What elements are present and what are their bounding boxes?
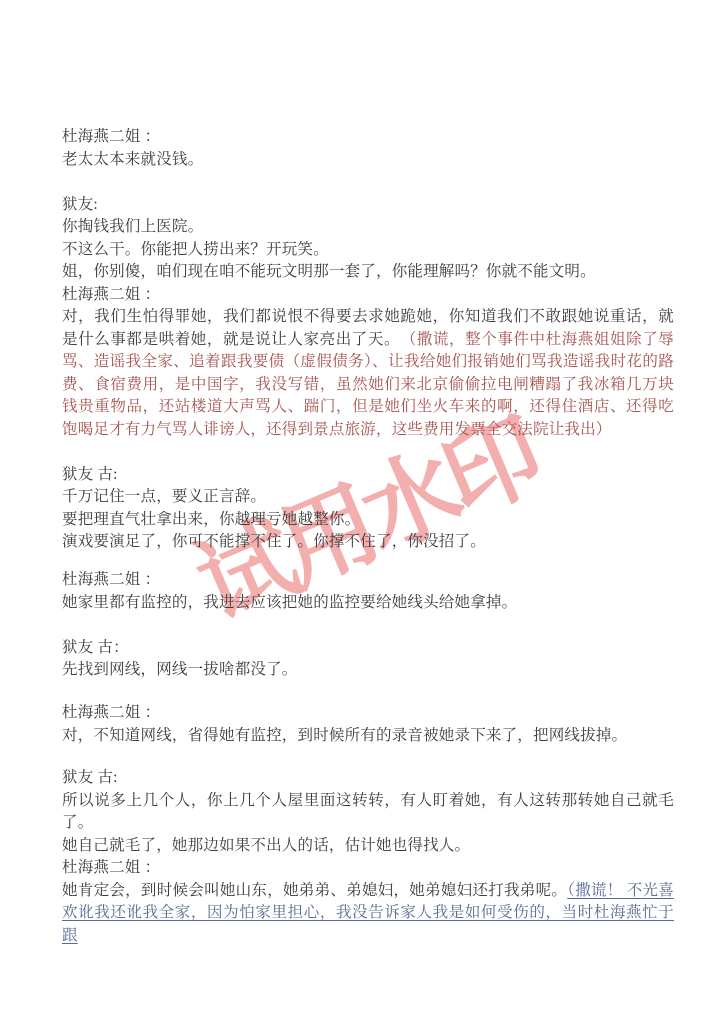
dialogue-line: 先找到网线，网线一拔啥都没了。	[62, 659, 674, 682]
dialogue-block: 狱友 古：先找到网线，网线一拔啥都没了。	[62, 637, 674, 682]
dialogue-text: 所以说多上几个人，你上几个人屋里面这转转，有人盯着她，有人这转那转她自己就毛了。	[62, 792, 674, 832]
dialogue-line: 不这么干。你能把人捞出来？开玩笑。	[62, 239, 674, 262]
speaker-label: 杜海燕二姐 ：	[62, 702, 674, 725]
dialogue-text: 对，不知道网线，省得她有监控，到时候所有的录音被她录下来了，把网线拔掉。	[62, 727, 627, 744]
dialogue-text: 她肯定会，到时候会叫她山东，她弟弟、弟媳妇，她弟媳妇还打我弟呢。	[62, 882, 567, 899]
speaker-label: 狱友:	[62, 194, 674, 217]
speaker-label: 杜海燕二姐 ：	[62, 126, 674, 149]
speaker-label: 杜海燕二姐 ：	[62, 857, 674, 880]
dialogue-line: 对，我们生怕得罪她，我们都说恨不得要去求她跪她，你知道我们不敢跟她说重话，就是什…	[62, 306, 674, 441]
dialogue-text: 你掏钱我们上医院。	[62, 218, 203, 235]
dialogue-line: 她自己就毛了，她那边如果不出人的话，估计她也得找人。	[62, 835, 674, 858]
dialogue-block: 狱友 古:所以说多上几个人，你上几个人屋里面这转转，有人盯着她，有人这转那转她自…	[62, 767, 674, 857]
dialogue-line: 对，不知道网线，省得她有监控，到时候所有的录音被她录下来了，把网线拔掉。	[62, 725, 674, 748]
dialogue-content: 杜海燕二姐 ：老太太本来就没钱。狱友:你掏钱我们上医院。不这么干。你能把人捞出来…	[62, 126, 674, 947]
document-page: 试用水印 杜海燕二姐 ：老太太本来就没钱。狱友:你掏钱我们上医院。不这么干。你能…	[0, 0, 724, 1024]
speaker-label: 狱友 古：	[62, 637, 674, 660]
dialogue-block: 杜海燕二姐 ：她肯定会，到时候会叫她山东，她弟弟、弟媳妇，她弟媳妇还打我弟呢。（…	[62, 857, 674, 947]
speaker-label: 狱友 古:	[62, 464, 674, 487]
dialogue-line: 姐，你别傻，咱们现在咱不能玩文明那一套了，你能理解吗？你就不能文明。	[62, 261, 674, 284]
dialogue-text: 她自己就毛了，她那边如果不出人的话，估计她也得找人。	[62, 837, 470, 854]
dialogue-line: 老太太本来就没钱。	[62, 149, 674, 172]
dialogue-text: 老太太本来就没钱。	[62, 151, 203, 168]
dialogue-block: 杜海燕二姐 ：老太太本来就没钱。	[62, 126, 674, 171]
dialogue-block: 杜海燕二姐 ：对，不知道网线，省得她有监控，到时候所有的录音被她录下来了，把网线…	[62, 702, 674, 747]
dialogue-block: 狱友:你掏钱我们上医院。不这么干。你能把人捞出来？开玩笑。姐，你别傻，咱们现在咱…	[62, 194, 674, 284]
dialogue-text: 她家里都有监控的，我进去应该把她的监控要给她线头给她拿掉。	[62, 594, 517, 611]
dialogue-line: 要把理直气壮拿出来，你越理亏她越整你。	[62, 509, 674, 532]
speaker-label: 杜海燕二姐 ：	[62, 284, 674, 307]
dialogue-text: 演戏要演足了，你可不能撑不住了。你撑不住了，你没招了。	[62, 533, 486, 550]
dialogue-line: 她家里都有监控的，我进去应该把她的监控要给她线头给她拿掉。	[62, 592, 674, 615]
dialogue-text: 先找到网线，网线一拔啥都没了。	[62, 661, 298, 678]
speaker-label: 杜海燕二姐 ：	[62, 569, 674, 592]
dialogue-line: 演戏要演足了，你可不能撑不住了。你撑不住了，你没招了。	[62, 531, 674, 554]
dialogue-block: 杜海燕二姐 ：对，我们生怕得罪她，我们都说恨不得要去求她跪她，你知道我们不敢跟她…	[62, 284, 674, 442]
speaker-label: 狱友 古:	[62, 767, 674, 790]
dialogue-text: 千万记住一点，要义正言辞。	[62, 488, 266, 505]
dialogue-text: 不这么干。你能把人捞出来？开玩笑。	[62, 241, 329, 258]
dialogue-line: 所以说多上几个人，你上几个人屋里面这转转，有人盯着她，有人这转那转她自己就毛了。	[62, 790, 674, 835]
dialogue-line: 她肯定会，到时候会叫她山东，她弟弟、弟媳妇，她弟媳妇还打我弟呢。（撒谎！ 不光喜…	[62, 880, 674, 948]
dialogue-line: 你掏钱我们上医院。	[62, 216, 674, 239]
dialogue-line: 千万记住一点，要义正言辞。	[62, 486, 674, 509]
dialogue-block: 杜海燕二姐 ：她家里都有监控的，我进去应该把她的监控要给她线头给她拿掉。	[62, 569, 674, 614]
dialogue-text: 要把理直气壮拿出来，你越理亏她越整你。	[62, 511, 360, 528]
dialogue-text: 姐，你别傻，咱们现在咱不能玩文明那一套了，你能理解吗？你就不能文明。	[62, 263, 596, 280]
dialogue-block: 狱友 古:千万记住一点，要义正言辞。要把理直气壮拿出来，你越理亏她越整你。演戏要…	[62, 464, 674, 554]
